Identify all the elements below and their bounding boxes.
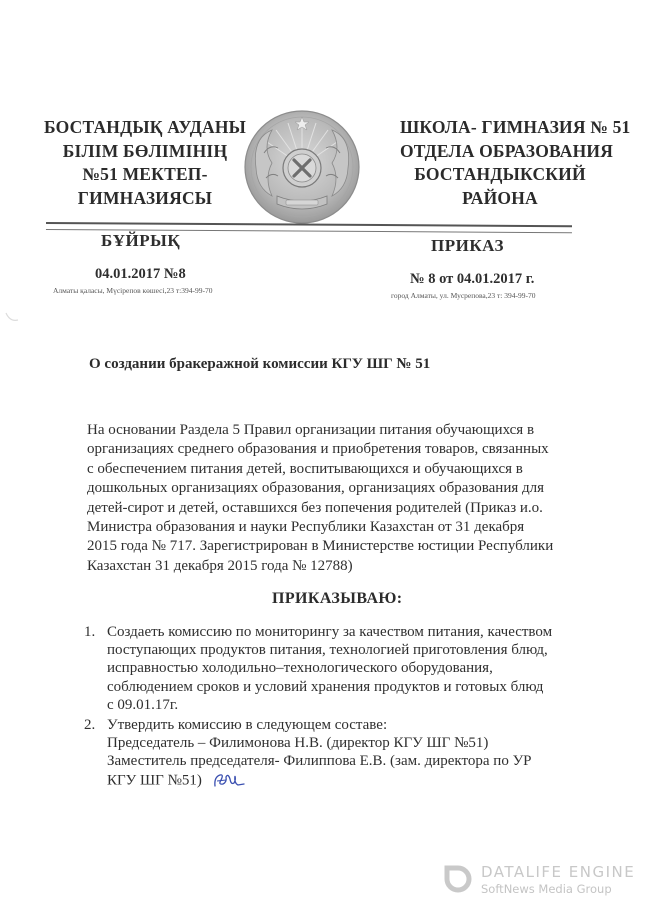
order-item-1: 1. Создаеть комиссию по мониторингу за к… — [84, 623, 614, 714]
item-line: Создаеть комиссию по мониторингу за каче… — [107, 623, 614, 641]
item-line: Председатель – Филимонова Н.В. (директор… — [107, 734, 614, 752]
item-line: соблюдением сроков и условий хранения пр… — [107, 678, 614, 696]
header-russian-institution: ШКОЛА- ГИМНАЗИЯ № 51 ОТДЕЛА ОБРАЗОВАНИЯ … — [400, 116, 600, 210]
preamble-line: дошкольных организациях образования, орг… — [87, 479, 607, 498]
watermark: DATALIFE ENGINE SoftNews Media Group — [443, 862, 653, 902]
address-russian: город Алматы, ул. Мусрепова,23 т: 394-99… — [391, 291, 536, 300]
header-right-line: РАЙОНА — [400, 187, 600, 211]
item-line: поступающих продуктов питания, технологи… — [107, 641, 614, 659]
item-line: Утвердить комиссию в следующем составе: — [107, 716, 614, 734]
preamble-line: с обеспечением питания детей, воспитываю… — [87, 460, 607, 479]
watermark-title: DATALIFE ENGINE — [481, 863, 635, 881]
scan-artifact — [4, 310, 22, 324]
header-left-line: №51 МЕКТЕП- — [40, 163, 250, 187]
header-right-line: ШКОЛА- ГИМНАЗИЯ № 51 — [400, 116, 600, 140]
datalife-logo-icon — [443, 864, 473, 894]
preamble-line: детей-сирот и детей, оставшихся без попе… — [87, 499, 607, 518]
preamble-line: Казахстан 31 декабря 2015 года № 12788) — [87, 557, 607, 576]
scanned-document-page: БОСТАНДЫҚ АУДАНЫ БІЛІМ БӨЛІМІНІҢ №51 МЕК… — [0, 0, 662, 912]
state-emblem-icon — [242, 108, 362, 226]
preamble-line: На основании Раздела 5 Правил организаци… — [87, 421, 607, 440]
item-line: исправностью холодильно–технологического… — [107, 659, 614, 677]
document-title: О создании бракеражной комиссии КГУ ШГ №… — [89, 356, 430, 373]
order-items-list: 1. Создаеть комиссию по мониторингу за к… — [84, 623, 614, 791]
item-line-with-signature: КГУ ШГ №51) — [107, 771, 614, 791]
preamble-line: организациях среднего образования и прио… — [87, 440, 607, 459]
preamble-line: Министра образования и науки Республики … — [87, 518, 607, 537]
item-number: 1. — [84, 623, 95, 641]
doc-type-russian: ПРИКАЗ — [431, 236, 504, 256]
order-number-russian: № 8 от 04.01.2017 г. — [410, 271, 534, 288]
header-left-line: ГИМНАЗИЯСЫ — [40, 187, 250, 211]
doc-type-kazakh: БҰЙРЫҚ — [101, 231, 180, 251]
header-right-line: БОСТАНДЫКСКИЙ — [400, 163, 600, 187]
header-left-line: БОСТАНДЫҚ АУДАНЫ — [40, 116, 250, 140]
item-line: с 09.01.17г. — [107, 696, 614, 714]
signature-icon — [212, 771, 246, 791]
header-kazakh-institution: БОСТАНДЫҚ АУДАНЫ БІЛІМ БӨЛІМІНІҢ №51 МЕК… — [40, 116, 250, 210]
order-heading: ПРИКАЗЫВАЮ: — [272, 590, 403, 608]
address-kazakh: Алматы қаласы, Мүсірепов көшесі,23 т:394… — [53, 286, 212, 295]
header-left-line: БІЛІМ БӨЛІМІНІҢ — [40, 140, 250, 164]
order-number-kazakh: 04.01.2017 №8 — [95, 266, 186, 283]
item-number: 2. — [84, 716, 95, 734]
item-line: Заместитель председателя- Филиппова Е.В.… — [107, 752, 614, 770]
order-item-2: 2. Утвердить комиссию в следующем состав… — [84, 716, 614, 791]
watermark-subtitle: SoftNews Media Group — [481, 882, 612, 896]
preamble-paragraph: На основании Раздела 5 Правил организаци… — [87, 421, 607, 576]
header-right-line: ОТДЕЛА ОБРАЗОВАНИЯ — [400, 140, 600, 164]
item-line: КГУ ШГ №51) — [107, 772, 202, 788]
preamble-line: 2015 года № 717. Зарегистрирован в Минис… — [87, 537, 607, 556]
